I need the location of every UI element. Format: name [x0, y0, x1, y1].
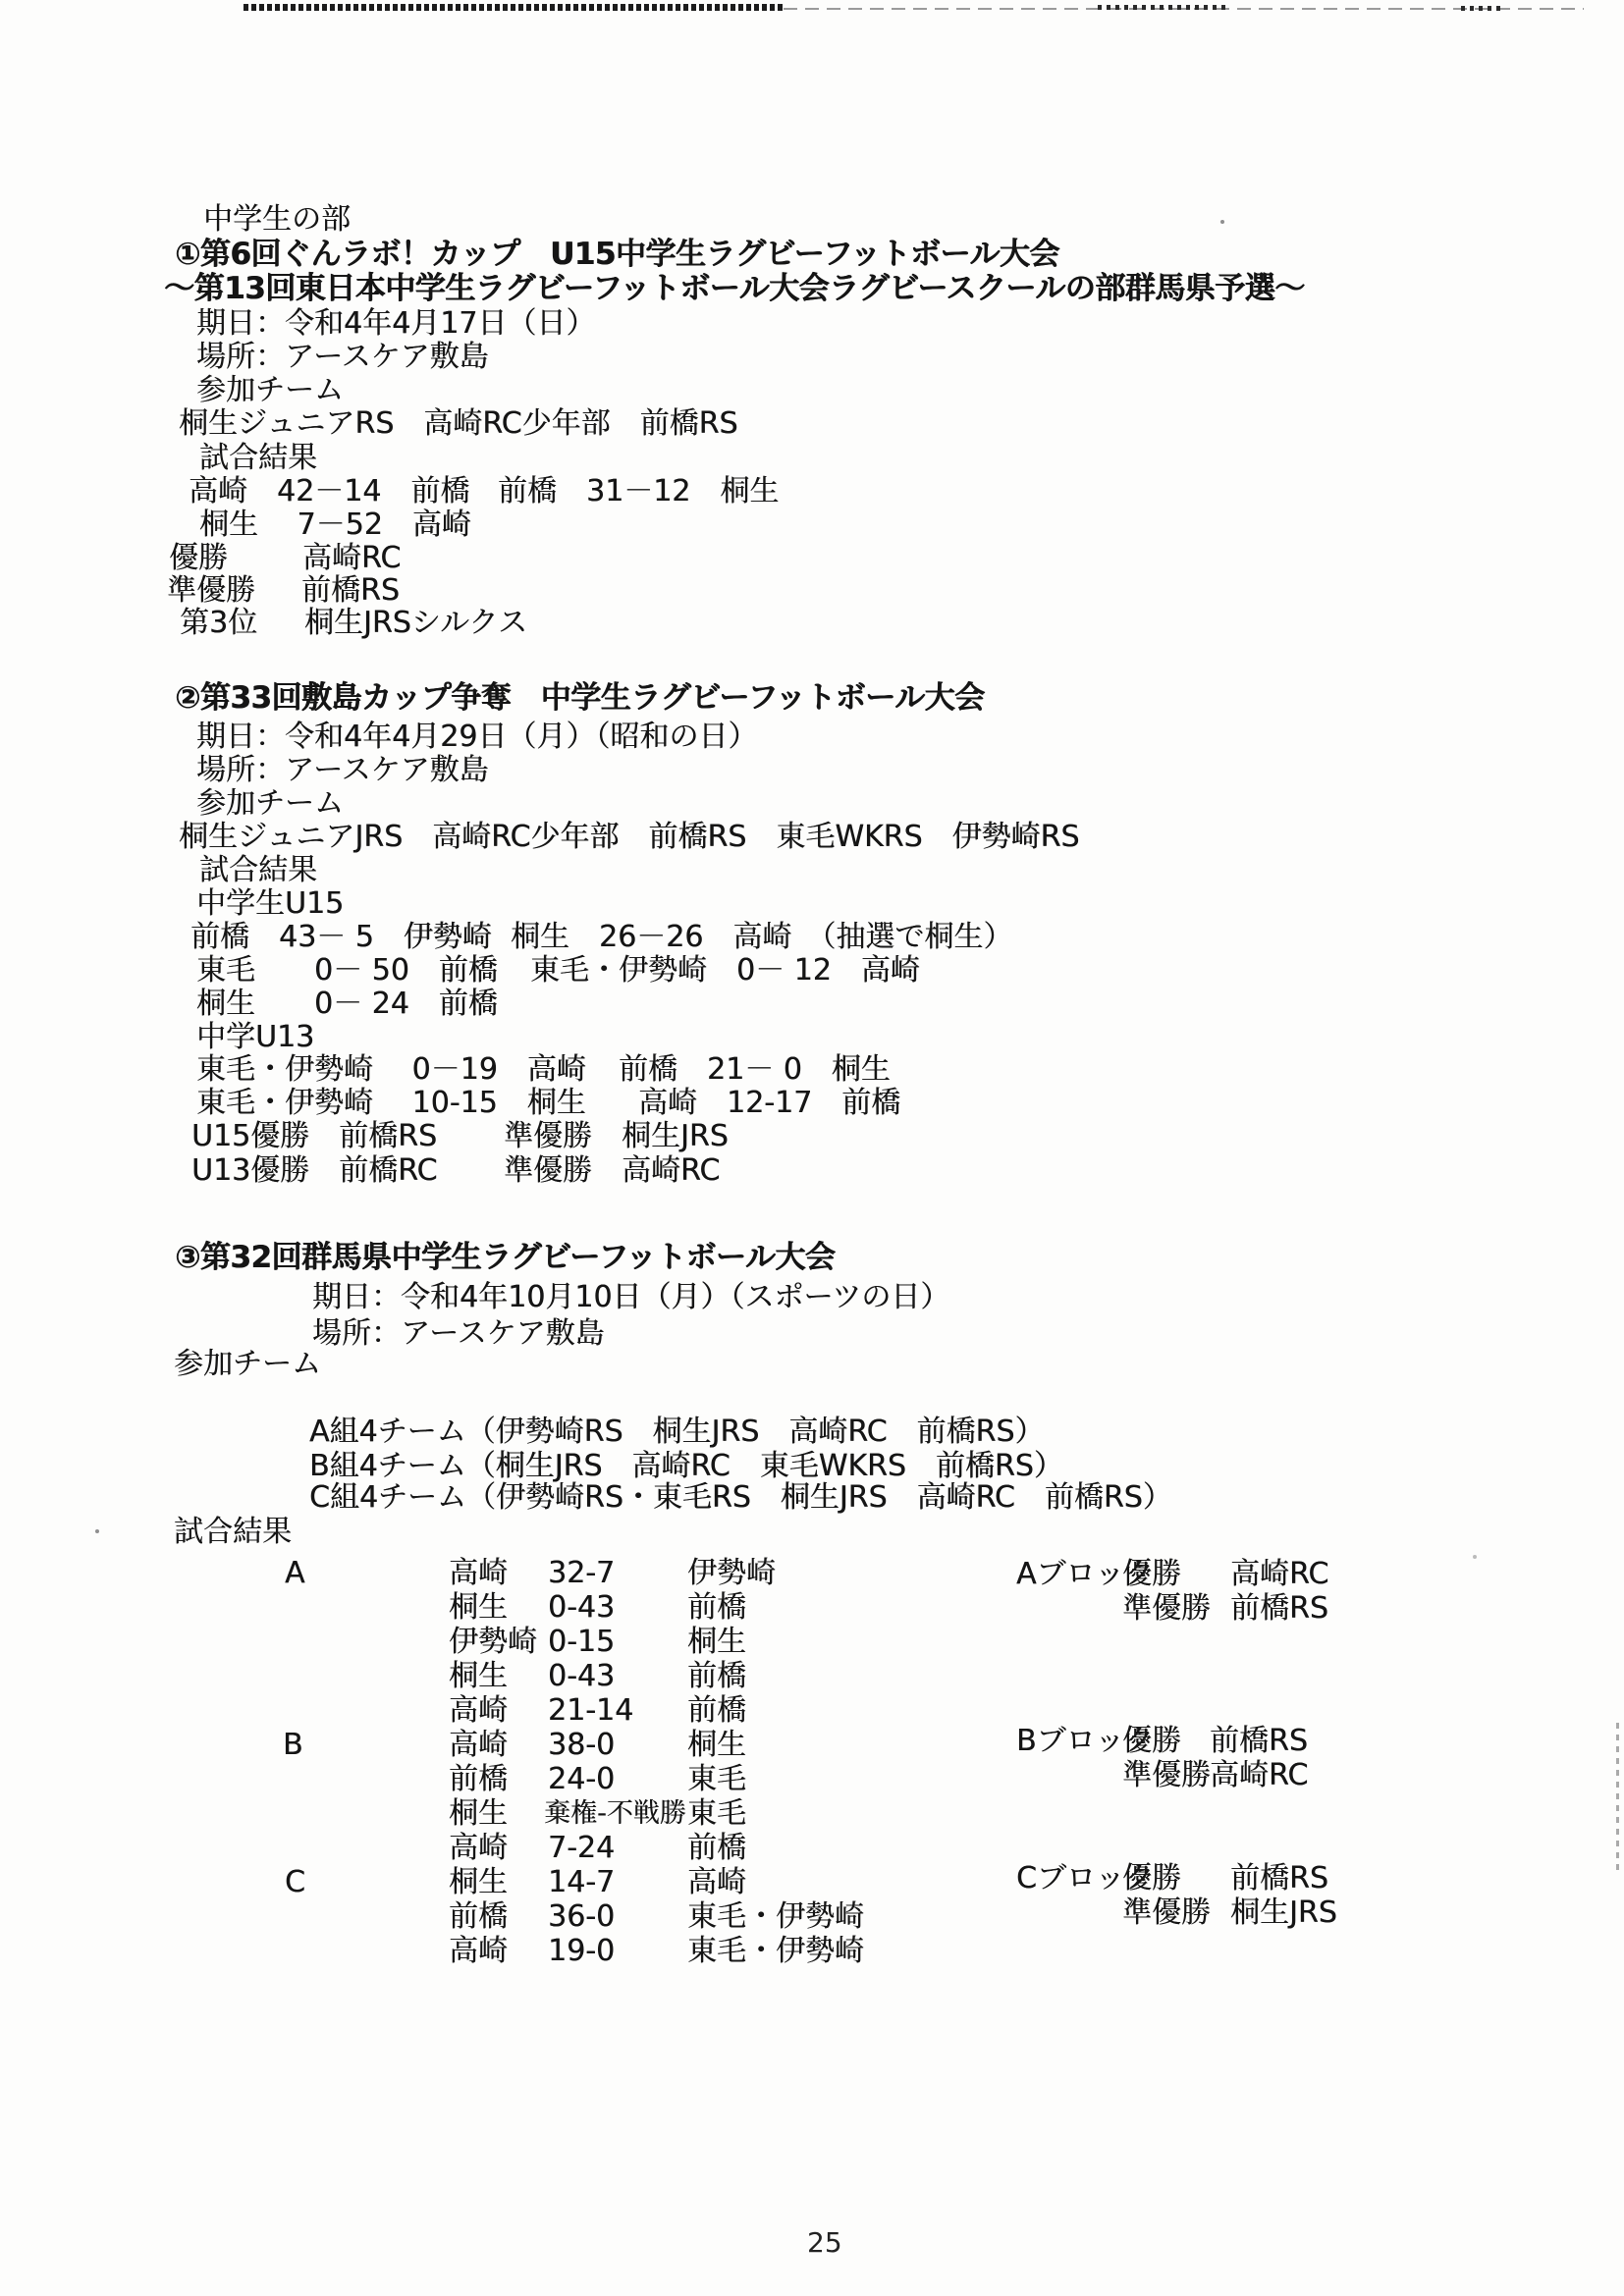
score: 19-0: [548, 1935, 615, 1967]
u15-final-row: U15優勝 前橋RS 準優勝 桐生JRS: [0, 1120, 1624, 1153]
group-list-item: B組4チーム（桐生JRS 高崎RC 東毛WKRS 前橋RS）: [309, 1450, 1063, 1482]
match-result: 高崎 12-17 前橋: [638, 1087, 900, 1119]
u13-final-row: U13優勝 前橋RC 準優勝 高崎RC: [0, 1154, 1624, 1188]
block-winner-row: Cブロック 優勝 前橋RS: [0, 1862, 1624, 1896]
standing-rank: 優勝: [169, 542, 228, 574]
tournament1-date: 期日：令和4年4月17日（日）: [196, 307, 595, 340]
tournament1-title: ①第6回ぐんラボ！カップ U15中学生ラグビーフットボール大会: [175, 238, 1059, 271]
standing-team: 桐生JRSシルクス: [304, 607, 527, 639]
winner-label: 優勝: [1122, 1725, 1181, 1757]
team2: 東毛: [687, 1797, 746, 1830]
u13-result-row: 東毛・伊勢崎 0－19 高崎 前橋 21－ 0 桐生: [0, 1053, 1624, 1087]
team2: 前橋: [687, 1832, 746, 1864]
tournament1-subtitle: ～第13回東日本中学生ラグビーフットボール大会ラグビースクールの部群馬県予選～: [164, 272, 1305, 305]
score: 棄権-不戦勝: [544, 1797, 686, 1830]
match-row: 桐生 0-43 前橋: [0, 1660, 1624, 1693]
score: 21-14: [548, 1694, 633, 1727]
match-result: 前橋 21－ 0 桐生: [619, 1053, 891, 1086]
tournament2-date: 期日：令和4年4月29日（月）（昭和の日）: [196, 721, 757, 753]
team1: 桐生: [449, 1797, 508, 1830]
group-list-item: C組4チーム（伊勢崎RS・東毛RS 桐生JRS 高崎RC 前橋RS）: [309, 1481, 1172, 1514]
runnerup-team: 高崎RC: [1210, 1759, 1308, 1791]
winner-label: 優勝: [1122, 1862, 1181, 1895]
match-row: 桐生 棄権-不戦勝 東毛: [0, 1797, 1624, 1831]
section-heading: 中学生の部: [203, 203, 351, 236]
match-row: 高崎 7-24 前橋: [0, 1832, 1624, 1865]
tournament2-place: 場所：アースケア敷島: [196, 754, 489, 786]
block-runnerup-row: 準優勝 桐生JRS: [0, 1896, 1624, 1930]
tournament2-u13-label: 中学U13: [196, 1021, 314, 1053]
tournament3-teams-label: 参加チーム: [174, 1348, 321, 1380]
standing-row: 優勝 高崎RC: [0, 542, 1624, 575]
scan-speck: [95, 1529, 99, 1533]
standing-rank: 準優勝: [167, 574, 255, 607]
team2: 前橋: [687, 1660, 746, 1692]
winner-team: 前橋RS: [1230, 1862, 1328, 1895]
u15-result-row: 前橋 43－ 5 伊勢崎 桐生 26－26 高崎 （抽選で桐生）: [0, 921, 1624, 954]
match-row: 伊勢崎 0-15 桐生: [0, 1626, 1624, 1659]
u15-result-row: 東毛 0－ 50 前橋 東毛・伊勢崎 0－ 12 高崎: [0, 954, 1624, 988]
scan-artifact-band: [244, 4, 784, 11]
standing-rank: 第3位: [180, 607, 257, 639]
standing-row: 第3位 桐生JRSシルクス: [0, 607, 1624, 640]
block-winner-row: Bブロック 優勝 前橋RS: [0, 1725, 1624, 1758]
winner-team: 高崎RC: [1230, 1558, 1328, 1590]
match-result: 桐生 0－ 24 前橋: [196, 988, 498, 1020]
scan-speck: [1220, 220, 1224, 224]
runnerup-label: 準優勝: [1122, 1759, 1211, 1791]
team1: 伊勢崎: [449, 1626, 537, 1658]
standing-team: 高崎RC: [302, 542, 401, 574]
winner-label: 優勝: [1122, 1558, 1181, 1590]
runnerup-team: 前橋RS: [1230, 1592, 1328, 1625]
tournament3-date: 期日：令和4年10月10日（月）（スポーツの日）: [312, 1281, 949, 1313]
runnerup-label: 準優勝: [1122, 1896, 1211, 1929]
page-number: 25: [807, 2226, 842, 2259]
tournament1-teams-label: 参加チーム: [196, 374, 344, 406]
team1: 桐生: [449, 1660, 508, 1692]
runnerup-label: 準優勝: [1122, 1592, 1211, 1625]
score: 7-24: [548, 1832, 615, 1864]
tournament2-teams-label: 参加チーム: [196, 787, 344, 820]
block-runnerup-row: 準優勝 高崎RC: [0, 1759, 1624, 1792]
tournament1-results-label: 試合結果: [199, 442, 317, 474]
group-list-item: A組4チーム（伊勢崎RS 桐生JRS 高崎RC 前橋RS）: [309, 1415, 1044, 1448]
final-standing: 準優勝 桐生JRS: [504, 1120, 729, 1152]
final-standing: 準優勝 高崎RC: [504, 1154, 720, 1187]
standing-team: 前橋RS: [301, 574, 400, 607]
tournament3-results-label: 試合結果: [174, 1516, 292, 1548]
team2: 前橋: [687, 1694, 746, 1727]
tournament2-results-label: 試合結果: [199, 854, 317, 886]
team1: 高崎: [449, 1832, 508, 1864]
tournament2-title: ②第33回敷島カップ争奪 中学生ラグビーフットボール大会: [175, 681, 985, 715]
match-result: 前橋 31－12 桐生: [498, 475, 779, 507]
scan-artifact-dashes: [1098, 5, 1230, 10]
final-standing: U15優勝 前橋RS: [191, 1120, 437, 1152]
match-result: 前橋 43－ 5 伊勢崎: [190, 921, 492, 953]
match-result: 東毛・伊勢崎 10-15 桐生: [196, 1087, 586, 1119]
team2: 東毛・伊勢崎: [687, 1935, 864, 1967]
runnerup-team: 桐生JRS: [1230, 1896, 1337, 1929]
scan-artifact-tick: [1461, 6, 1502, 11]
tournament3-title: ③第32回群馬県中学生ラグビーフットボール大会: [175, 1241, 835, 1274]
scanned-document-page: 中学生の部 ①第6回ぐんラボ！カップ U15中学生ラグビーフットボール大会 ～第…: [0, 0, 1624, 2296]
tournament3-place: 場所：アースケア敷島: [312, 1317, 605, 1350]
winner-team: 前橋RS: [1210, 1725, 1308, 1757]
team1: 高崎: [449, 1694, 508, 1727]
block-runnerup-row: 準優勝 前橋RS: [0, 1592, 1624, 1626]
tournament1-place: 場所：アースケア敷島: [196, 341, 489, 373]
tournament2-teams: 桐生ジュニアJRS 高崎RC少年部 前橋RS 東毛WKRS 伊勢崎RS: [179, 821, 1079, 853]
team2: 桐生: [687, 1626, 746, 1658]
match-result: 高崎 42－14 前橋: [189, 475, 469, 507]
match-result: 東毛・伊勢崎 0－19 高崎: [196, 1053, 586, 1086]
match-result: 東毛 0－ 50 前橋: [196, 954, 498, 987]
tournament1-result-row: 高崎 42－14 前橋 前橋 31－12 桐生: [0, 475, 1624, 508]
final-standing: U13優勝 前橋RC: [191, 1154, 437, 1187]
tournament1-teams: 桐生ジュニアRS 高崎RC少年部 前橋RS: [179, 407, 737, 440]
block-winner-row: Aブロック 優勝 高崎RC: [0, 1558, 1624, 1591]
score: 0-15: [548, 1626, 615, 1658]
match-row: 高崎 19-0 東毛・伊勢崎: [0, 1935, 1624, 1968]
tournament2-u15-label: 中学生U15: [196, 887, 344, 920]
match-result: 桐生 7－52 高崎: [199, 508, 471, 541]
standing-row: 準優勝 前橋RS: [0, 574, 1624, 608]
team1: 高崎: [449, 1935, 508, 1967]
u13-result-row: 東毛・伊勢崎 10-15 桐生 高崎 12-17 前橋: [0, 1087, 1624, 1120]
match-result: 東毛・伊勢崎 0－ 12 高崎: [530, 954, 920, 987]
score: 0-43: [548, 1660, 615, 1692]
match-row: 高崎 21-14 前橋: [0, 1694, 1624, 1728]
match-result: 桐生 26－26 高崎 （抽選で桐生）: [511, 921, 1012, 953]
